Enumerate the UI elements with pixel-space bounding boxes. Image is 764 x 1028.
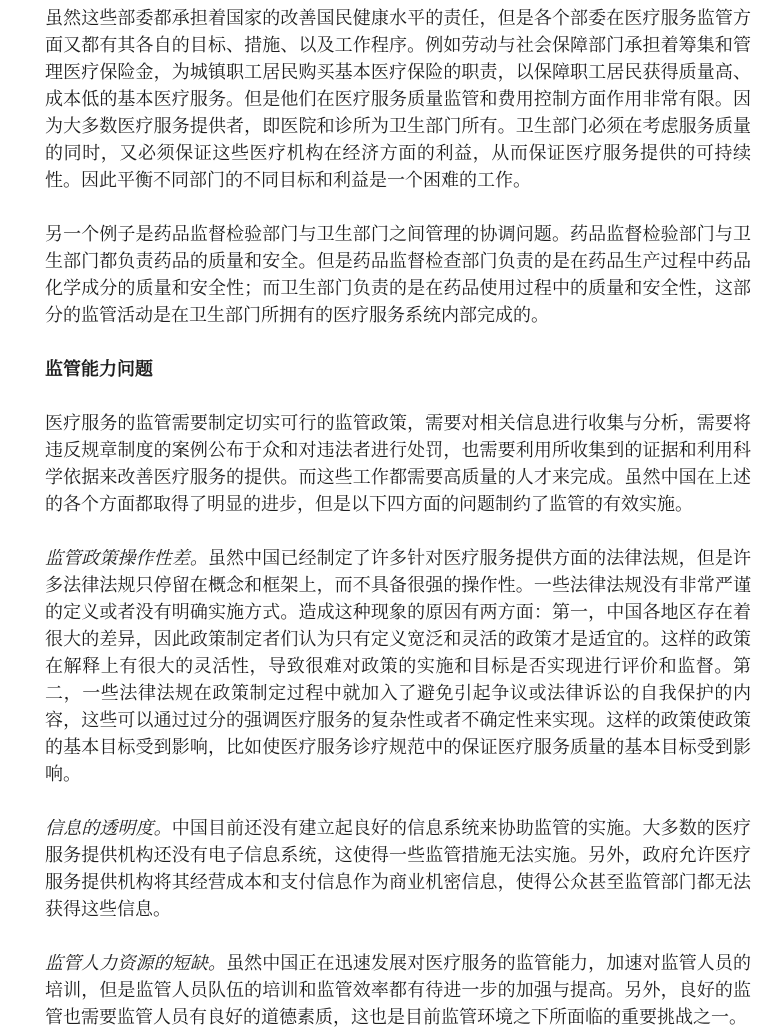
paragraph-policy-operability: 监管政策操作性差。虽然中国已经制定了许多针对医疗服务提供方面的法律法规，但是许多…	[45, 545, 751, 788]
paragraph-human-resource-shortage: 监管人力资源的短缺。虽然中国正在迅速发展对医疗服务的监管能力，加速对监管人员的培…	[45, 950, 751, 1028]
paragraph-drug-supervision-coordination: 另一个例子是药品监督检验部门与卫生部门之间管理的协调问题。药品监督检验部门与卫生…	[45, 221, 751, 329]
document-page: 虽然这些部委都承担着国家的改善国民健康水平的责任，但是各个部委在医疗服务监管方面…	[0, 0, 764, 1028]
paragraph-lead-italic: 信息的透明度。	[45, 818, 172, 838]
paragraph-regulation-requirements: 医疗服务的监管需要制定切实可行的监管政策，需要对相关信息进行收集与分析，需要将违…	[45, 410, 751, 518]
paragraph-body-text: 虽然中国已经制定了许多针对医疗服务提供方面的法律法规，但是许多法律法规只停留在概…	[45, 548, 751, 784]
paragraph-ministries-responsibilities: 虽然这些部委都承担着国家的改善国民健康水平的责任，但是各个部委在医疗服务监管方面…	[45, 5, 751, 194]
paragraph-information-transparency: 信息的透明度。中国目前还没有建立起良好的信息系统来协助监管的实施。大多数的医疗服…	[45, 815, 751, 923]
paragraph-lead-italic: 监管人力资源的短缺。	[45, 953, 226, 973]
section-heading-regulatory-capacity: 监管能力问题	[45, 356, 751, 383]
paragraph-lead-italic: 监管政策操作性差。	[45, 548, 208, 568]
